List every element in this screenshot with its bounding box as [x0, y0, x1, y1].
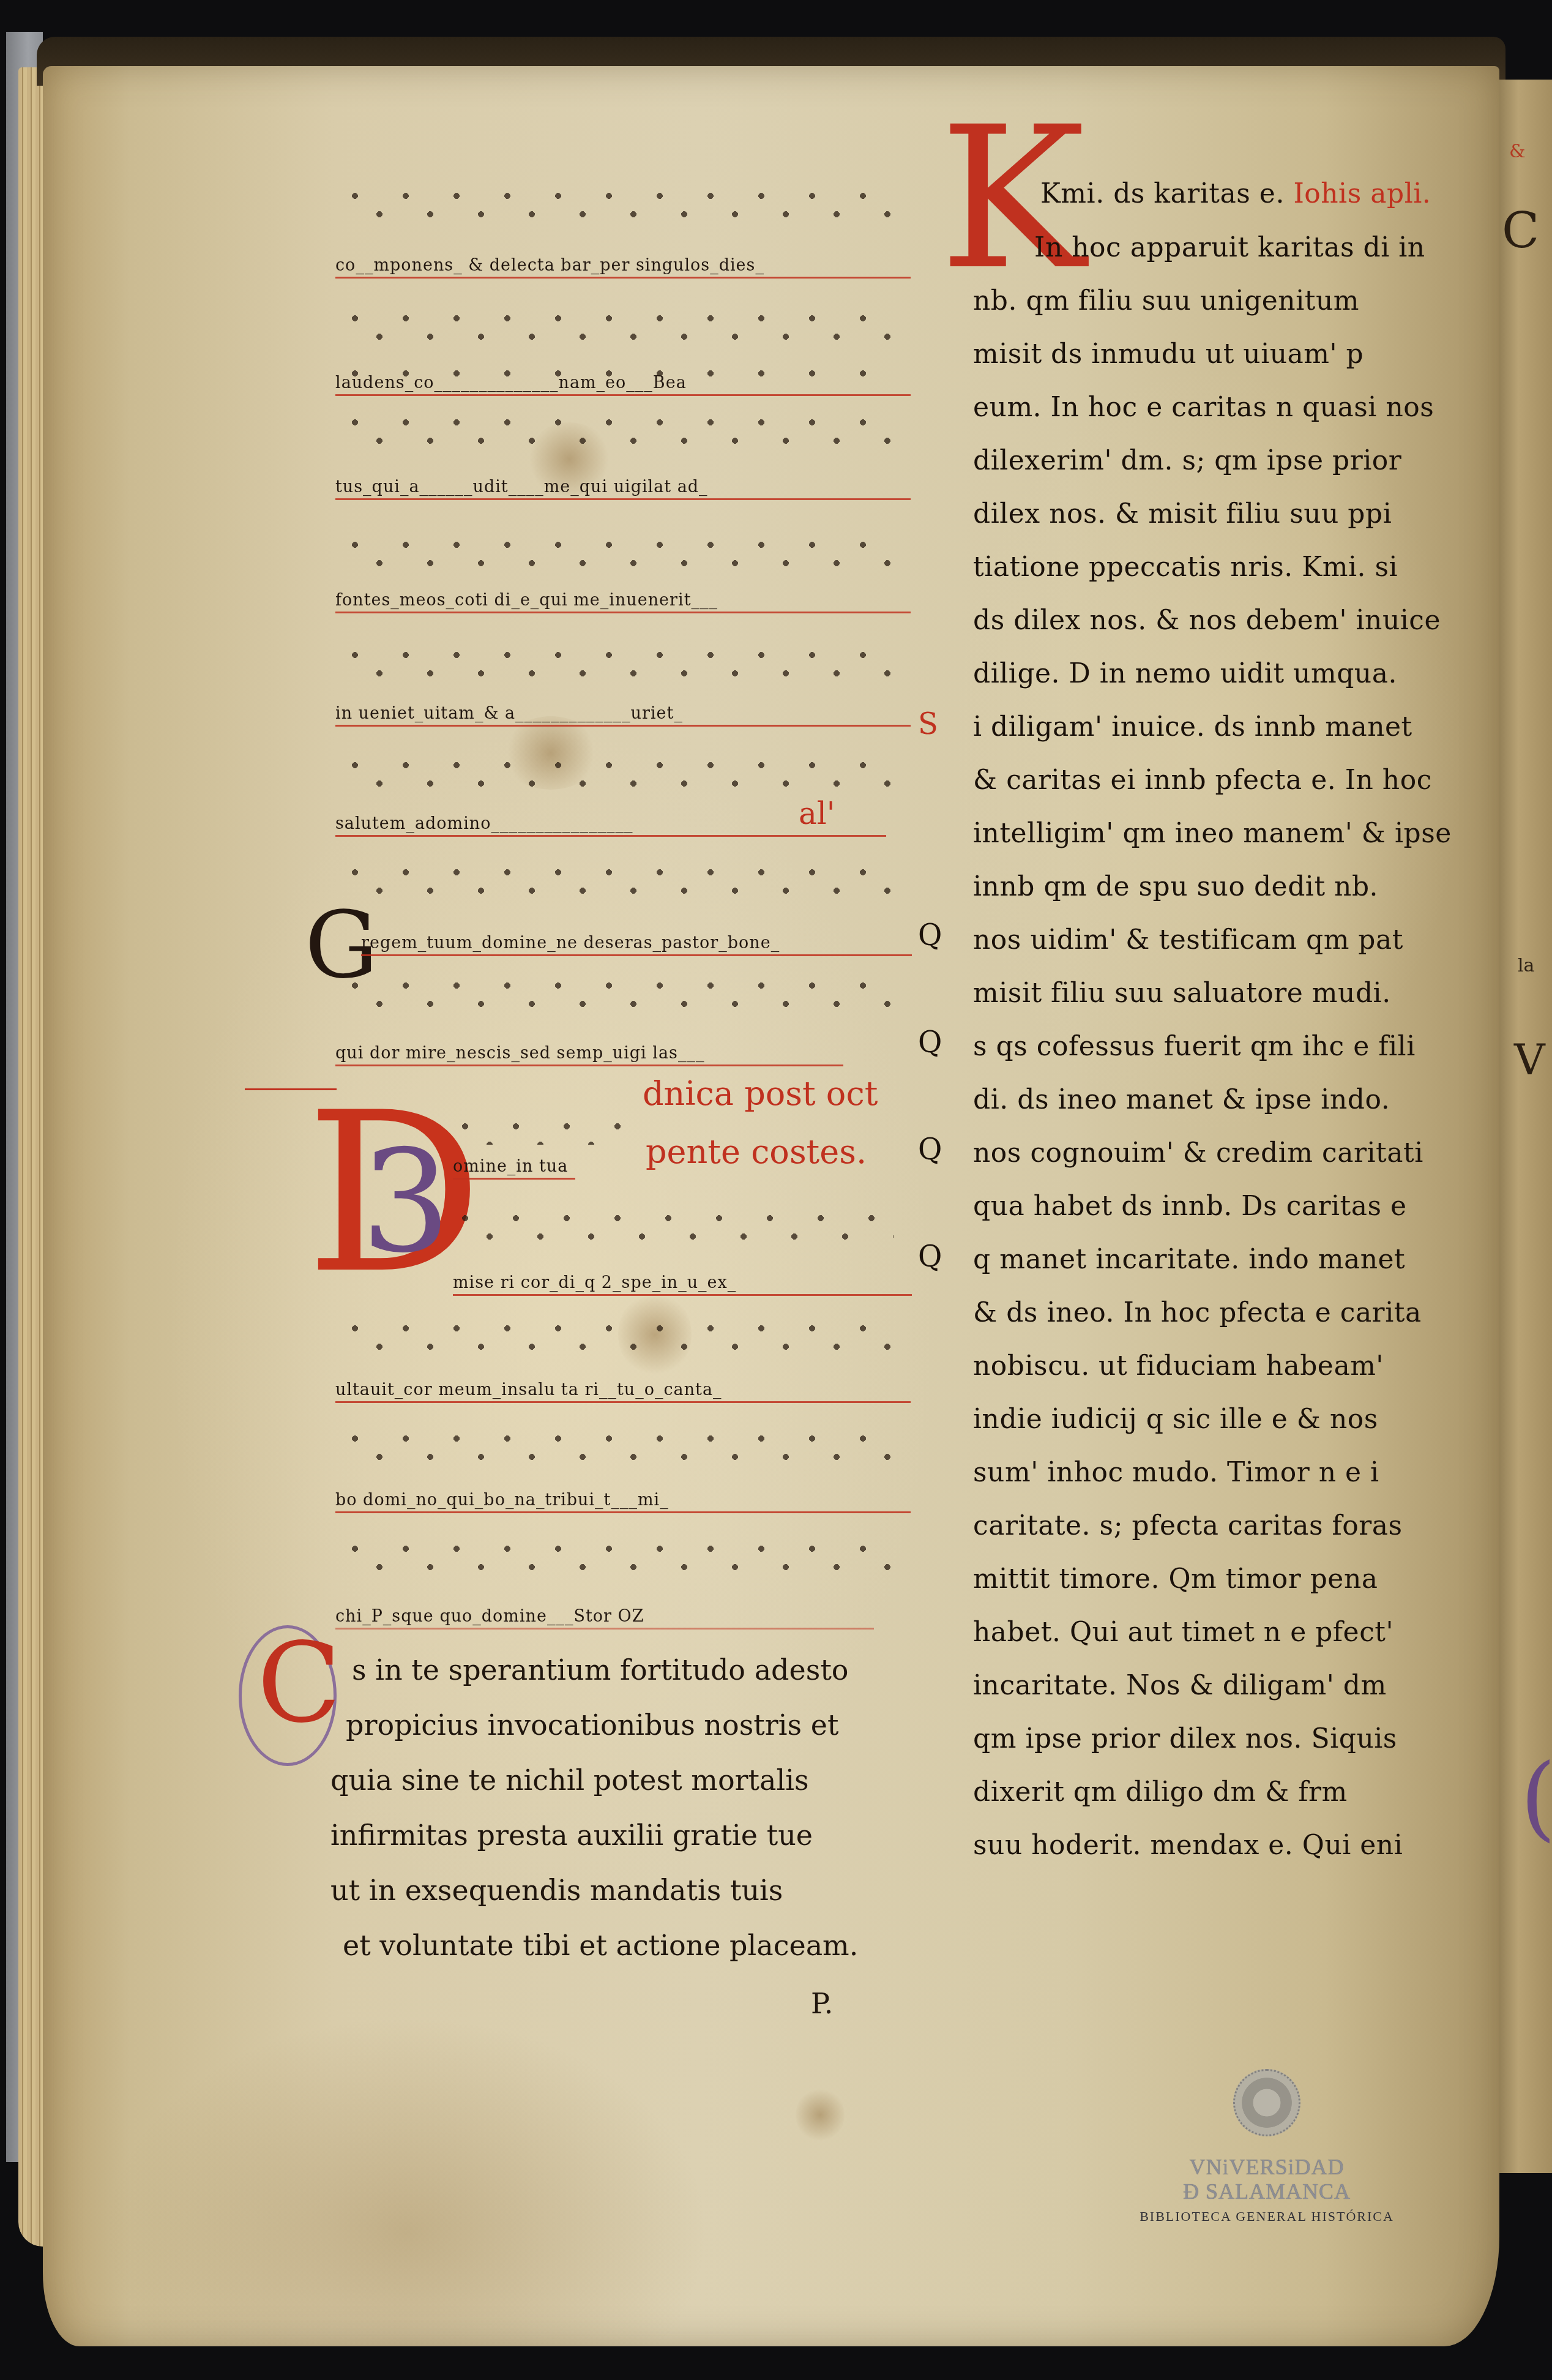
lyric-line: co__mponens_ & delecta bar_per singulos_…	[335, 256, 911, 279]
neume-row	[343, 854, 894, 909]
university-seal-icon	[1233, 2069, 1300, 2136]
heading-rubric: Iohis apli.	[1293, 178, 1431, 209]
text-line: nobiscu. ut fiduciam habeam'	[973, 1350, 1487, 1383]
prayer-line: s in te sperantium fortitudo adesto	[352, 1653, 903, 1687]
text-line: incaritate. Nos & diligam' dm	[973, 1669, 1487, 1702]
margin-mark: Q	[918, 918, 942, 952]
stain	[796, 2087, 845, 2142]
lyric-line: in ueniet_uitam_& a_____________uriet_	[335, 704, 911, 727]
text-line: qua habet ds innb. Ds caritas e	[973, 1190, 1487, 1223]
text-line: nb. qm filiu suu unigenitum	[973, 285, 1487, 318]
prayer-line: propicius invocationibus nostris et	[346, 1708, 897, 1742]
adjacent-page-initial-v: V	[1514, 1035, 1545, 1085]
neume-row	[343, 178, 894, 233]
lyric-line: mise ri cor_di_q 2_spe_in_u_ex_	[453, 1273, 912, 1296]
text-line: nos cognouim' & credim caritati	[973, 1137, 1487, 1170]
text-line: dilexerim' dm. s; qm ipse prior	[973, 444, 1487, 477]
neume-row	[343, 300, 894, 380]
text-line: nos uidim' & testificam qm pat	[973, 924, 1487, 957]
text-line: suu hoderit. mendax e. Qui eni	[973, 1829, 1487, 1862]
margin-mark: S	[918, 707, 938, 741]
initial-o: C	[257, 1628, 341, 1738]
rubric-al: al'	[799, 796, 835, 831]
prayer-line: et voluntate tibi et actione placeam.	[343, 1928, 894, 1963]
heading-text: Kmi. ds karitas e.	[1040, 178, 1285, 209]
neume-row	[453, 1200, 894, 1267]
neume-row	[343, 1310, 894, 1365]
text-line: qm ipse prior dilex nos. Siquis	[973, 1723, 1487, 1756]
margin-mark: Q	[918, 1240, 942, 1274]
text-line: innb qm de spu suo dedit nb.	[973, 870, 1487, 904]
lyric-line: bo domi_no_qui_bo_na_tribui_t___mi_	[335, 1491, 911, 1513]
adjacent-page-mark: &	[1509, 141, 1526, 162]
margin-mark: Q	[918, 1132, 942, 1167]
neume-row	[343, 747, 894, 802]
watermark-line2: Ð SALAMANCA	[1120, 2179, 1414, 2204]
neume-row	[343, 1530, 894, 1592]
initial-d-violet-flourish: 3	[361, 1132, 450, 1273]
text-line: di. ds ineo manet & ipse indo.	[973, 1083, 1487, 1117]
lyric-line: fontes_meos_coti di_e_qui me_inuenerit__…	[335, 591, 911, 613]
watermark-line1: VNiVERSiDAD	[1120, 2155, 1414, 2179]
text-line: s qs cofessus fuerit qm ihc e fili	[973, 1030, 1487, 1063]
text-heading: Kmi. ds karitas e. Iohis apli.	[1040, 178, 1552, 211]
neume-row	[343, 526, 894, 582]
text-line: ds dilex nos. & nos debem' inuice	[973, 604, 1487, 637]
text-line: indie iudicij q sic ille e & nos	[973, 1403, 1487, 1436]
neume-row	[453, 1108, 636, 1145]
text-line: dilige. D in nemo uidit umqua.	[973, 657, 1487, 690]
text-line: & ds ineo. In hoc pfecta e carita	[973, 1297, 1487, 1330]
adjacent-page-strip: & C la V (	[1496, 80, 1552, 2173]
prayer-line: ut in exsequendis mandatis tuis	[330, 1873, 881, 1907]
text-line: misit filiu suu saluatore mudi.	[973, 977, 1487, 1010]
prayer-line: quia sine te nichil potest mortalis	[330, 1763, 881, 1797]
text-line: tiatione ppeccatis nris. Kmi. si	[973, 551, 1487, 584]
neume-row	[343, 1420, 894, 1475]
text-line: caritate. s; pfecta caritas foras	[973, 1510, 1487, 1543]
library-watermark: VNiVERSiDAD Ð SALAMANCA BIBLIOTECA GENER…	[1120, 2069, 1414, 2225]
lyric-line: chi_P_sque quo_domine___Stor OZ	[335, 1607, 874, 1630]
lyric-line: laudens_co______________nam_eo___Bea	[335, 373, 911, 396]
text-line: i diligam' inuice. ds innb manet	[973, 711, 1487, 744]
prayer-line-end: P.	[811, 1986, 1362, 2021]
prayer-line: infirmitas presta auxilii gratie tue	[330, 1818, 881, 1852]
text-line: sum' inhoc mudo. Timor n e i	[973, 1456, 1487, 1489]
lyric-line: regem_tuum_domine_ne deseras_pastor_bone…	[361, 934, 912, 956]
text-line: & caritas ei innb pfecta e. In hoc	[973, 764, 1487, 797]
text-line: habet. Qui aut timet n e pfect'	[973, 1616, 1487, 1649]
text-line: q manet incaritate. indo manet	[973, 1243, 1487, 1276]
lyric-line: tus_qui_a______udit____me_qui uigilat ad…	[335, 477, 911, 500]
text-line: misit ds inmudu ut uiuam' p	[973, 338, 1487, 371]
text-line: dixerit qm diligo dm & frm	[973, 1776, 1487, 1809]
neume-row	[343, 637, 894, 692]
rubric-heading-line2: pente costes.	[646, 1132, 867, 1171]
lyric-line: qui dor mire_nescis_sed semp_uigi las___	[335, 1044, 843, 1066]
text-line: intelligim' qm ineo manem' & ipse	[973, 817, 1487, 850]
lyric-line: ultauit_cor meum_insalu ta ri__tu_o_cant…	[335, 1380, 911, 1403]
text-line: dilex nos. & misit filiu suu ppi	[973, 498, 1487, 531]
watermark-line3: BIBLIOTECA GENERAL HISTÓRICA	[1120, 2209, 1414, 2225]
text-line: mittit timore. Qm timor pena	[973, 1563, 1487, 1596]
text-line: In hoc apparuit karitas di in	[1034, 231, 1548, 264]
lyric-line: omine_in tua	[453, 1157, 575, 1180]
neume-row	[343, 967, 894, 1022]
adjacent-page-violet-initial: (	[1520, 1745, 1552, 1851]
adjacent-page-text: la	[1518, 955, 1534, 976]
margin-mark: Q	[918, 1025, 942, 1060]
rubric-heading-line1: dnica post oct	[643, 1074, 878, 1113]
neume-row	[343, 404, 894, 459]
text-line: eum. In hoc e caritas n quasi nos	[973, 391, 1487, 424]
